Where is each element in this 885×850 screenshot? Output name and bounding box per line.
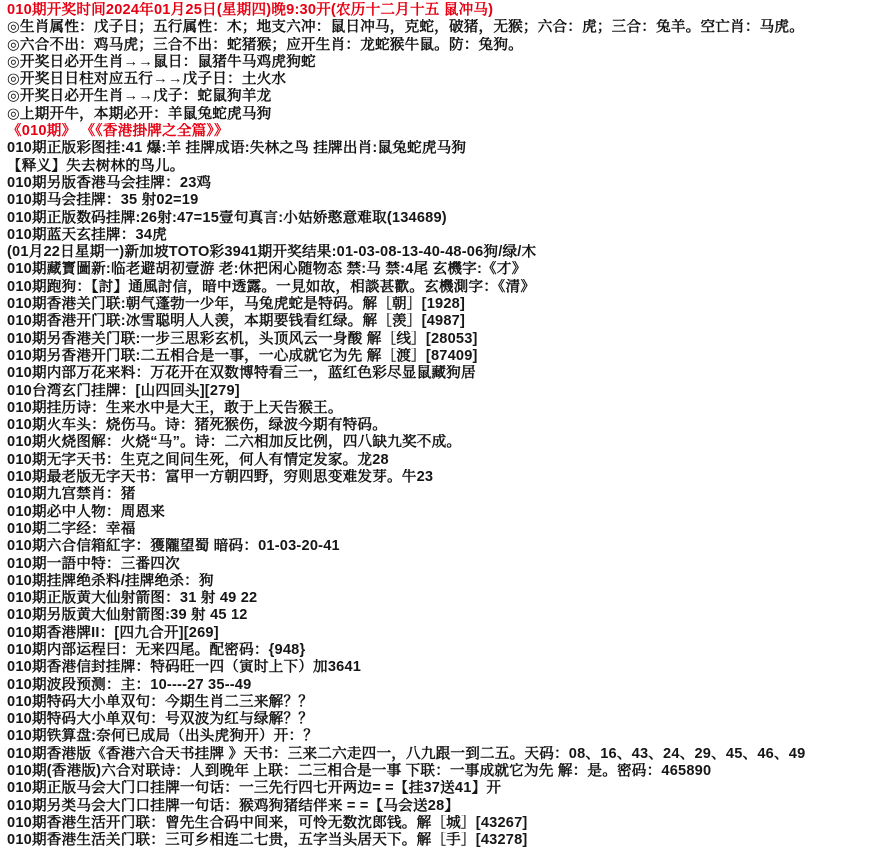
text-line: 010期内部万花来料：万花开在双数博特看三一，蓝红色彩尽显鼠藏狗居 <box>7 365 885 382</box>
text-line: 010期火车头：烧伤马。诗：猪死猴伤，绿波今期有特码。 <box>7 417 885 434</box>
text-line: 【释义】失去树林的鸟儿。 <box>7 158 885 175</box>
lottery-tips-document: 010期开奖时间2024年01月25日(星期四)晚9:30开(农历十二月十五 鼠… <box>0 0 885 850</box>
text-line: 010期另香港关门联:一步三思彩玄机，头顶风云一身酸 解［线］[28053] <box>7 331 885 348</box>
text-line: 010期香港信封挂牌：特码旺一四（寅时上下）加3641 <box>7 659 885 676</box>
text-line: 010期正版黄大仙射箭图：31 射 49 22 <box>7 590 885 607</box>
text-line: 010期香港生活开门联：曾先生合码中间来，可怜无数沈郎钱。解［城］[43267] <box>7 815 885 832</box>
text-line: 010期六合信箱紅字：獲隴望蜀 暗码：01-03-20-41 <box>7 538 885 555</box>
text-line: 010期挂历诗：生来水中是大王，敢于上天告猴王。 <box>7 400 885 417</box>
text-line: 010期香港开门联:冰雪聪明人人羡，本期要钱看红绿。解［羡］[4987] <box>7 313 885 330</box>
text-line: 010期火烧图解：火烧“马”。诗：二六相加反比例，四八缺九奖不成。 <box>7 434 885 451</box>
text-line: 010期特码大小单双句：号双波为红与绿解？？ <box>7 711 885 728</box>
text-line: 010期香港牌II：[四九合开][269] <box>7 625 885 642</box>
text-line: 010期最老版无字天书：富甲一方朝四野，穷则思变难发芽。牛23 <box>7 469 885 486</box>
text-line: 010期另版香港马会挂牌：23鸡 <box>7 175 885 192</box>
text-line: 010期藏寳圖新:临老避胡初壹游 老:休把闲心随物态 禁:马 禁:4尾 玄機字:… <box>7 261 885 278</box>
text-line: 010台湾玄门挂牌：[山四回头][279] <box>7 383 885 400</box>
text-line: 010期一語中特：三番四次 <box>7 556 885 573</box>
text-line: 010期正版马会大门口挂牌一句话：一三先行四七开两边= =【挂37送41】开 <box>7 780 885 797</box>
text-line: 010期二字经：幸福 <box>7 521 885 538</box>
text-line: 010期正版彩图挂:41 爆:羊 挂牌成语:失林之鸟 挂牌出肖:鼠兔蛇虎马狗 <box>7 140 885 157</box>
text-line: ◎六合不出：鸡马虎；三合不出：蛇猪猴；应开生肖：龙蛇猴牛鼠。防：兔狗。 <box>7 37 885 54</box>
text-line: 010期内部运程曰：无来四尾。配密码：{948} <box>7 642 885 659</box>
text-line: 010期马会挂牌：35 射02=19 <box>7 192 885 209</box>
text-line: 010期另版黄大仙射箭图:39 射 45 12 <box>7 607 885 624</box>
text-line: ◎开奖日必开生肖→→鼠日：鼠猪牛马鸡虎狗蛇 <box>7 54 885 71</box>
text-line: 010期挂牌绝杀料/挂牌绝杀：狗 <box>7 573 885 590</box>
text-line: 010期香港生活关门联：三可乡相连二七贵，五字当头居天下。解［手］[43278] <box>7 832 885 849</box>
text-line: 010期铁算盘:奈何已成局（出头虎狗开）开：？ <box>7 728 885 745</box>
text-line: ◎开奖日日柱对应五行→→戊子日：土火水 <box>7 71 885 88</box>
text-line: 010期香港版《香港六合天书挂牌 》天书：三来二六走四一，八九跟一到二五。天码：… <box>7 746 885 763</box>
text-line: 010期跑狗：【討】通風討信，暗中透露。一見如故，相談甚歡。玄機測字：《清》 <box>7 279 885 296</box>
text-line: 010期另类马会大门口挂牌一句话：猴鸡狗猪结伴来 = =【马会送28】 <box>7 798 885 815</box>
text-line: (01月22日星期一)新加坡TOTO彩3941期开奖结果:01-03-08-13… <box>7 244 885 261</box>
text-line: 010期另香港开门联:二五相合是一事，一心成就它为先 解［渡］[87409] <box>7 348 885 365</box>
text-line: 010期香港关门联:朝气蓬勃一少年，马兔虎蛇是特码。解［朝］[1928] <box>7 296 885 313</box>
text-line: ◎上期开牛，本期必开：羊鼠兔蛇虎马狗 <box>7 106 885 123</box>
text-line: 010期特码大小单双句：今期生肖二三来解？？ <box>7 694 885 711</box>
text-line: ◎生肖属性：戊子日；五行属性：木；地支六冲：鼠日冲马，克蛇，破猪，无猴；六合：虎… <box>7 19 885 36</box>
text-line: 010期无字天书：生克之间问生死，何人有情定发家。龙28 <box>7 452 885 469</box>
text-line: ◎开奖日必开生肖→→戊子：蛇鼠狗羊龙 <box>7 88 885 105</box>
header-line: 《010期》 《《香港掛牌之全篇》》 <box>7 123 885 140</box>
text-line: 010期蓝天玄挂牌：34虎 <box>7 227 885 244</box>
text-line: 010期九宫禁肖：猪 <box>7 486 885 503</box>
text-line: 010期波段预测：主：10----27 35--49 <box>7 677 885 694</box>
text-line: 010期必中人物：周恩来 <box>7 504 885 521</box>
text-line: 010期(香港版)六合对联诗：人到晚年 上联：二三相合是一事 下联：一事成就它为… <box>7 763 885 780</box>
text-line: 010期正版数码挂牌:26射:47=15壹句真言:小姑娇憨意难取(134689) <box>7 210 885 227</box>
header-line: 010期开奖时间2024年01月25日(星期四)晚9:30开(农历十二月十五 鼠… <box>7 2 885 19</box>
